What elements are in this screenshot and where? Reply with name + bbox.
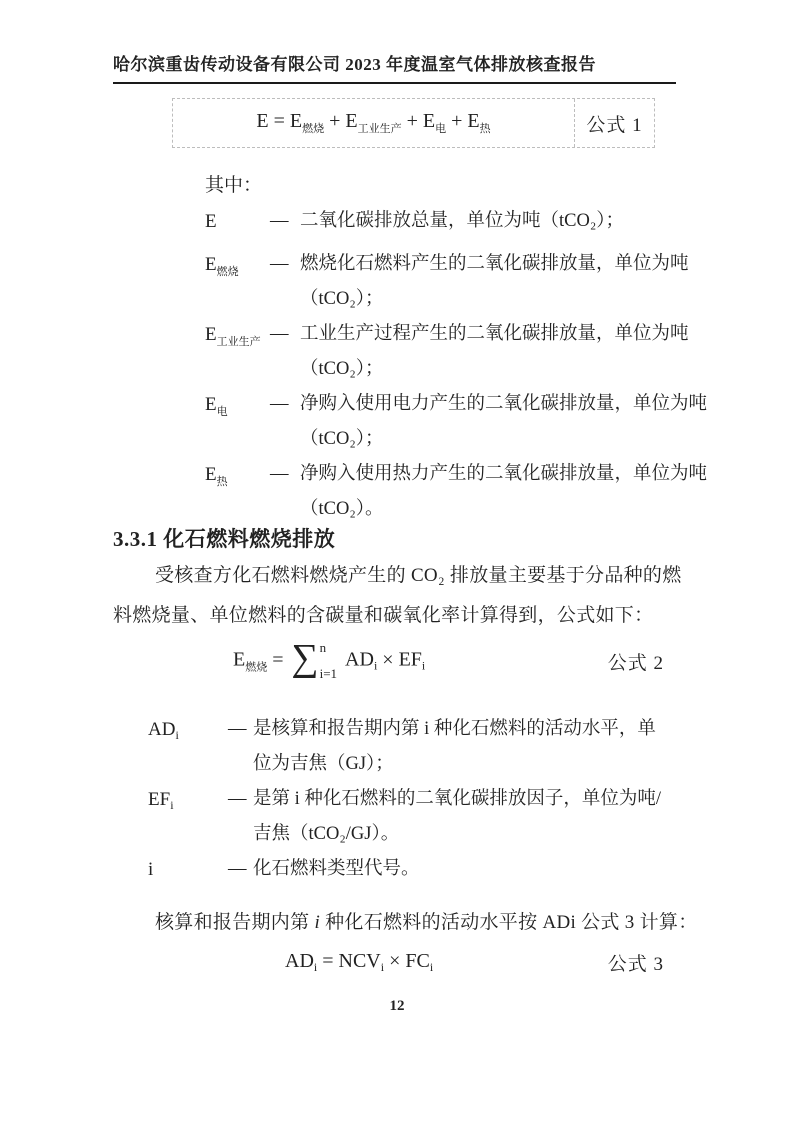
paragraph-activity-level: 核算和报告期内第 i 种化石燃料的活动水平按 ADi 公式 3 计算：	[113, 903, 683, 943]
definition-row: E — 二氧化碳排放总量，单位为吨（tCO₂）；	[205, 204, 705, 247]
symbol-term: E电	[205, 387, 270, 457]
formula-2-label: 公式 2	[608, 648, 680, 675]
symbol-definition-list-1: E — 二氧化碳排放总量，单位为吨（tCO₂）； E燃烧 — 燃烧化石燃料产生的…	[205, 204, 705, 527]
symbol-term: EFi	[148, 782, 228, 852]
sigma-symbol: ∑	[289, 637, 320, 679]
definition-dash: —	[228, 712, 253, 782]
formula-3: ADi=NCVi×FCi 公式 3	[113, 942, 680, 982]
definition-row: EFi — 是第 i 种化石燃料的二氧化碳排放因子，单位为吨/ 吉焦（tCO₂/…	[148, 782, 693, 852]
section-title: 化石燃料燃烧排放	[163, 527, 335, 551]
definition-text: 化石燃料类型代号。	[253, 852, 693, 893]
page-number: 12	[0, 998, 794, 1015]
definition-text: 燃烧化石燃料产生的二氧化碳排放量，单位为吨 （tCO₂）；	[300, 247, 705, 317]
formula-1-label: 公式 1	[574, 99, 654, 147]
definition-text: 净购入使用热力产生的二氧化碳排放量，单位为吨 （tCO₂）。	[300, 457, 707, 527]
formula-3-expression: ADi=NCVi×FCi	[285, 950, 433, 975]
symbol-term: ADi	[148, 712, 228, 782]
formula-1-box: E=E燃烧+E工业生产+E电+E热 公式 1	[172, 98, 655, 148]
definition-row: i — 化石燃料类型代号。	[148, 852, 693, 893]
definition-row: E工业生产 — 工业生产过程产生的二氧化碳排放量，单位为吨 （tCO₂）；	[205, 317, 705, 387]
report-header-title: 哈尔滨重齿传动设备有限公司 2023 年度温室气体排放核查报告	[113, 50, 676, 84]
where-label: 其中：	[205, 170, 262, 197]
section-heading: 3.3.1 化石燃料燃烧排放	[113, 523, 335, 553]
definition-dash: —	[270, 204, 300, 247]
definition-row: E燃烧 — 燃烧化石燃料产生的二氧化碳排放量，单位为吨 （tCO₂）；	[205, 247, 705, 317]
formula-1-expression: E=E燃烧+E工业生产+E电+E热	[173, 99, 574, 147]
definition-dash: —	[228, 782, 253, 852]
symbol-term: E燃烧	[205, 247, 270, 317]
document-page: 哈尔滨重齿传动设备有限公司 2023 年度温室气体排放核查报告 E=E燃烧+E工…	[0, 0, 794, 1123]
symbol-term: E	[205, 204, 270, 247]
definition-row: ADi — 是核算和报告期内第 i 种化石燃料的活动水平，单 位为吉焦（GJ）；	[148, 712, 693, 782]
paragraph-fossil-fuel-intro: 受核查方化石燃料燃烧产生的 CO₂ 排放量主要基于分品种的燃 料燃烧量、单位燃料…	[113, 556, 683, 636]
definition-row: E热 — 净购入使用热力产生的二氧化碳排放量，单位为吨 （tCO₂）。	[205, 457, 705, 527]
definition-dash: —	[270, 247, 300, 317]
definition-dash: —	[270, 317, 300, 387]
symbol-term: E热	[205, 457, 270, 527]
symbol-definition-list-2: ADi — 是核算和报告期内第 i 种化石燃料的活动水平，单 位为吉焦（GJ）；…	[148, 712, 693, 893]
section-number: 3.3.1	[113, 527, 158, 551]
definition-dash: —	[270, 387, 300, 457]
formula-2-expression: E燃烧=∑ni=1ADi×EFi	[233, 639, 425, 683]
definition-row: E电 — 净购入使用电力产生的二氧化碳排放量，单位为吨 （tCO₂）；	[205, 387, 705, 457]
formula-2: E燃烧=∑ni=1ADi×EFi 公式 2	[113, 632, 680, 690]
symbol-term: i	[148, 852, 228, 893]
definition-text: 二氧化碳排放总量，单位为吨（tCO₂）；	[300, 204, 705, 247]
definition-text: 是核算和报告期内第 i 种化石燃料的活动水平，单 位为吉焦（GJ）；	[253, 712, 693, 782]
definition-dash: —	[270, 457, 300, 527]
definition-text: 工业生产过程产生的二氧化碳排放量，单位为吨 （tCO₂）；	[300, 317, 705, 387]
definition-text: 是第 i 种化石燃料的二氧化碳排放因子，单位为吨/ 吉焦（tCO₂/GJ）。	[253, 782, 693, 852]
definition-text: 净购入使用电力产生的二氧化碳排放量，单位为吨 （tCO₂）；	[300, 387, 707, 457]
symbol-term: E工业生产	[205, 317, 270, 387]
definition-dash: —	[228, 852, 253, 893]
formula-3-label: 公式 3	[608, 949, 680, 976]
